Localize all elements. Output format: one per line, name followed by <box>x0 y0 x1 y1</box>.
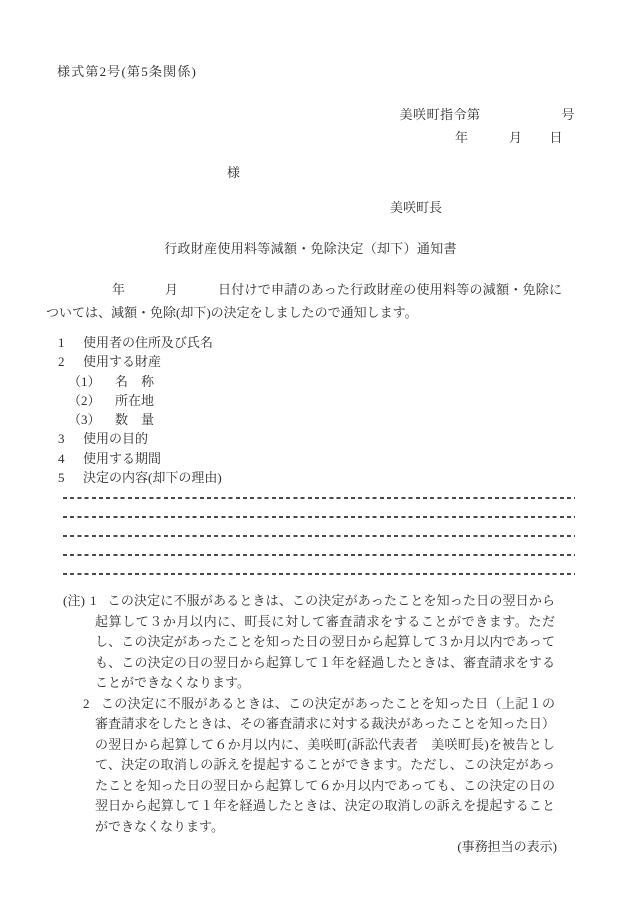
fill-in-rule <box>63 573 575 575</box>
note-1: (注)1この決定に不服があるときは、この決定があったことを知った日の翌日から起算… <box>95 591 555 694</box>
item-label: 決定の内容(却下の理由) <box>83 470 222 485</box>
fill-in-area <box>46 497 575 574</box>
list-item: 3使用の目的 <box>46 429 575 448</box>
list-item: 4使用する期間 <box>46 449 575 468</box>
list-subitem: （1）名 称 <box>46 372 575 391</box>
issue-date-line: 年 月 日 <box>46 130 563 146</box>
item-label: 数 量 <box>115 412 154 427</box>
note-2: 2この決定に不服があるときは、この決定があったことを知った日（上記１の審査請求を… <box>95 694 555 838</box>
item-list: 1使用者の住所及び氏名 2使用する財産 （1）名 称 （2）所在地 （3）数 量… <box>46 333 575 487</box>
list-subitem: （2）所在地 <box>46 391 575 410</box>
body-paragraph: 年 月 日付けで申請のあった行政財産の使用料等の減額・免除については、減額・免除… <box>46 278 562 324</box>
addressee-honorific: 様 <box>227 165 575 181</box>
item-number: （2） <box>68 391 115 410</box>
note-text: この決定に不服があるときは、この決定があったことを知った日（上記１の審査請求をし… <box>95 696 555 834</box>
clerk-note: (事務担当の表示) <box>46 837 557 858</box>
fill-in-rule <box>63 554 575 556</box>
note-number: 1 <box>90 593 97 608</box>
directive-number-line: 美咲町指令第 号 <box>46 107 575 123</box>
document-title: 行政財産使用料等減額・免除決定（却下）通知書 <box>46 241 575 257</box>
item-number: 4 <box>58 449 83 468</box>
notes-section: (注)1この決定に不服があるときは、この決定があったことを知った日の翌日から起算… <box>46 591 575 837</box>
list-item: 2使用する財産 <box>46 352 575 371</box>
item-label: 使用する財産 <box>83 354 161 369</box>
sender-mayor: 美咲町長 <box>390 200 575 216</box>
item-label: 使用の目的 <box>83 431 148 446</box>
list-item: 5決定の内容(却下の理由) <box>46 468 575 487</box>
item-label: 使用する期間 <box>83 451 161 466</box>
item-number: 5 <box>58 468 83 487</box>
item-label: 名 称 <box>115 374 154 389</box>
fill-in-rule <box>63 516 575 518</box>
fill-in-rule <box>63 535 575 537</box>
item-number: 3 <box>58 429 83 448</box>
form-number: 様式第2号(第5条関係) <box>57 64 575 80</box>
item-number: 2 <box>58 352 83 371</box>
list-item: 1使用者の住所及び氏名 <box>46 333 575 352</box>
list-subitem: （3）数 量 <box>46 410 575 429</box>
item-number: （1） <box>68 372 115 391</box>
item-label: 所在地 <box>115 393 154 408</box>
document-page: 様式第2号(第5条関係) 美咲町指令第 号 年 月 日 様 美咲町長 行政財産使… <box>0 0 630 915</box>
note-text: この決定に不服があるときは、この決定があったことを知った日の翌日から起算して３か… <box>95 593 555 690</box>
item-label: 使用者の住所及び氏名 <box>83 335 213 350</box>
item-number: 1 <box>58 333 83 352</box>
item-number: （3） <box>68 410 115 429</box>
note-label: (注) <box>63 593 85 608</box>
note-number: 2 <box>83 696 90 711</box>
fill-in-rule <box>63 497 575 499</box>
